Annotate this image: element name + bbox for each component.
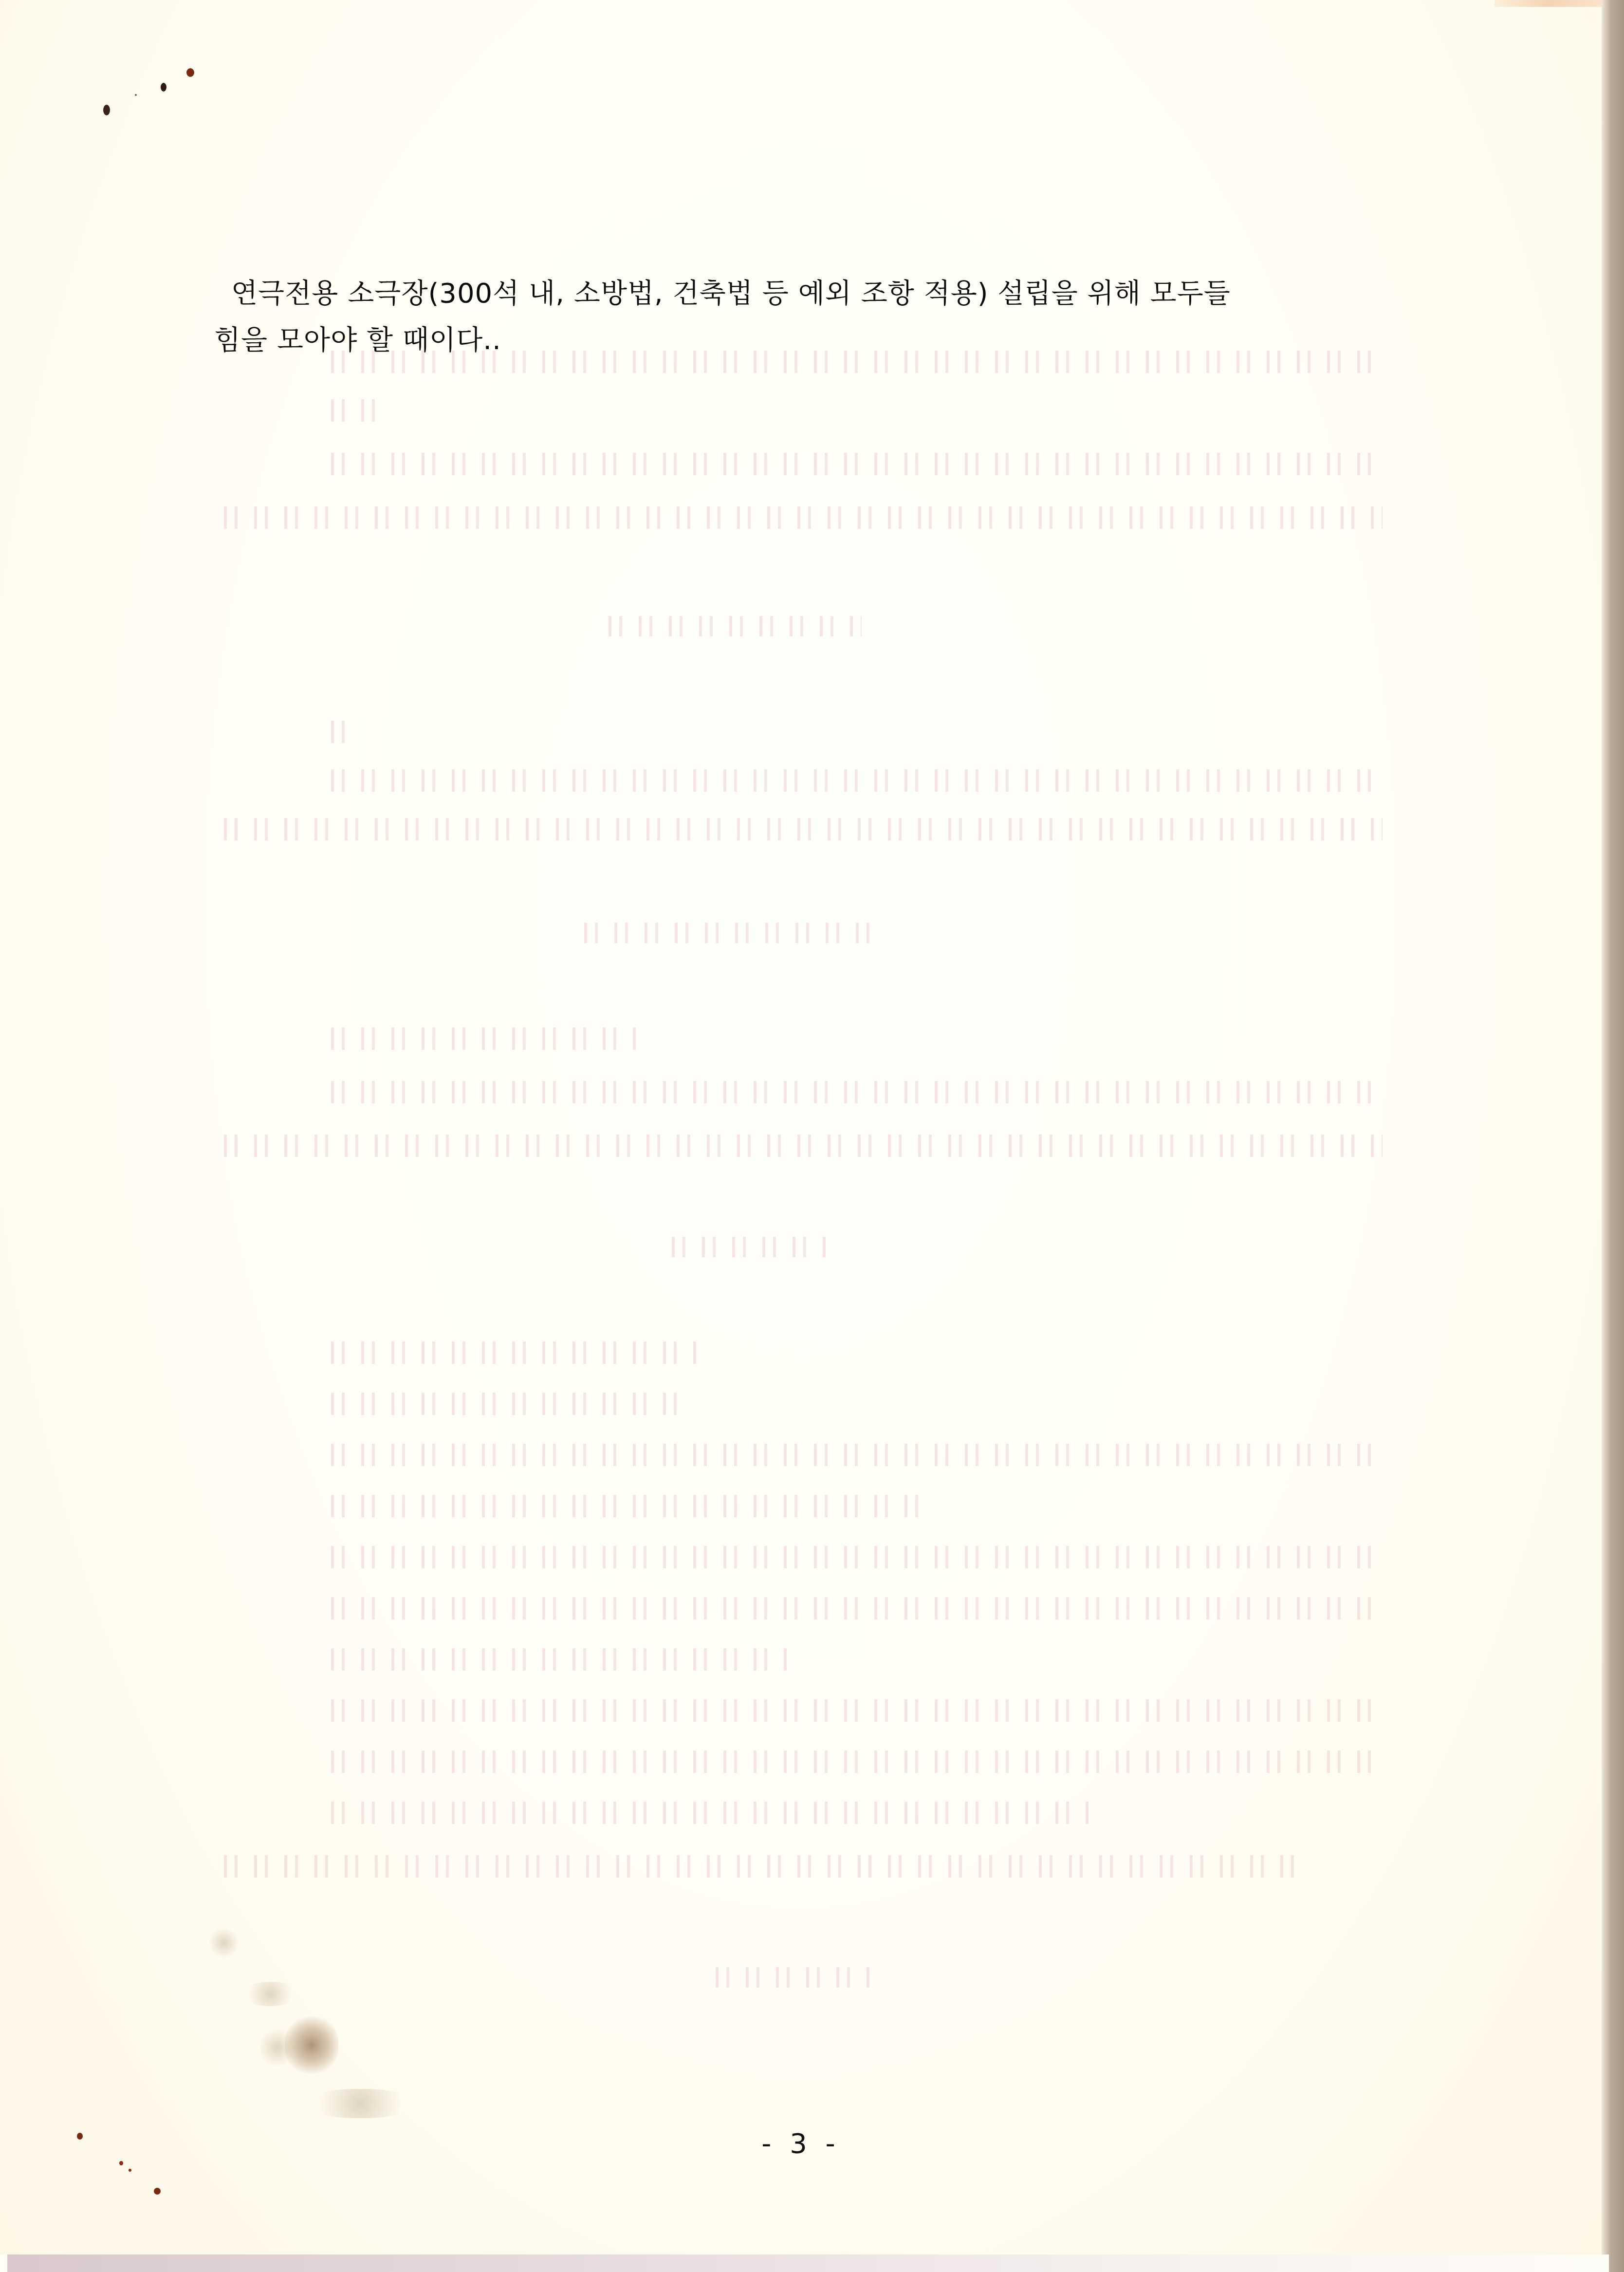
bleed-through-line — [331, 399, 389, 422]
bleed-through-line — [331, 1393, 691, 1415]
bleed-through-heading — [609, 616, 862, 636]
scanned-page: 연극전용 소극장(300석 내, 소방법, 건축법 등 예외 조항 적용) 설립… — [0, 0, 1602, 2254]
ink-speck — [161, 83, 166, 92]
scanner-edge — [1602, 0, 1624, 2272]
paper-stain — [307, 2089, 414, 2118]
ink-speck — [129, 2169, 131, 2172]
bleed-through-line — [331, 1027, 643, 1050]
paper-stain — [260, 2028, 295, 2067]
paper-edge-tint — [1495, 0, 1602, 7]
ink-speck — [119, 2161, 123, 2165]
bleed-through-line — [224, 506, 1383, 529]
bleed-through-line — [331, 1444, 1383, 1466]
ink-speck — [77, 2133, 83, 2140]
bleed-through-line — [331, 769, 1383, 792]
scanner-edge — [7, 2254, 1609, 2272]
ink-speck — [186, 68, 194, 77]
bleed-through-line — [331, 1751, 1383, 1773]
body-paragraph-line: 연극전용 소극장(300석 내, 소방법, 건축법 등 예외 조항 적용) 설립… — [214, 270, 1392, 317]
bleed-through-line — [331, 1546, 1383, 1568]
bleed-through-line — [331, 1341, 701, 1364]
bleed-through-line — [224, 818, 1383, 840]
body-paragraph-line: 힘을 모아야 할 때이다.. — [214, 317, 1392, 364]
bleed-through-heading — [584, 923, 886, 943]
bleed-through-line — [331, 1802, 1090, 1824]
bleed-through-line — [331, 453, 1383, 475]
ink-speck — [103, 105, 110, 115]
paper-stain — [209, 1928, 239, 1957]
bleed-through-line — [331, 1081, 1383, 1103]
paper-stain — [243, 1982, 297, 2006]
bleed-through-heading — [672, 1237, 828, 1257]
bleed-through-line — [224, 1135, 1383, 1157]
bleed-through-line — [331, 1648, 789, 1671]
ink-speck — [135, 94, 137, 96]
bleed-through-line — [331, 1597, 1383, 1620]
bleed-through-line — [331, 1699, 1383, 1722]
body-paragraph: 연극전용 소극장(300석 내, 소방법, 건축법 등 예외 조항 적용) 설립… — [214, 270, 1392, 364]
ink-speck — [154, 2188, 161, 2195]
bleed-through-line — [331, 1495, 935, 1517]
bleed-through-heading — [716, 1967, 871, 1988]
page-number: - 3 - — [0, 2128, 1602, 2160]
bleed-through-line — [224, 1855, 1305, 1878]
bleed-through-line — [331, 721, 360, 743]
